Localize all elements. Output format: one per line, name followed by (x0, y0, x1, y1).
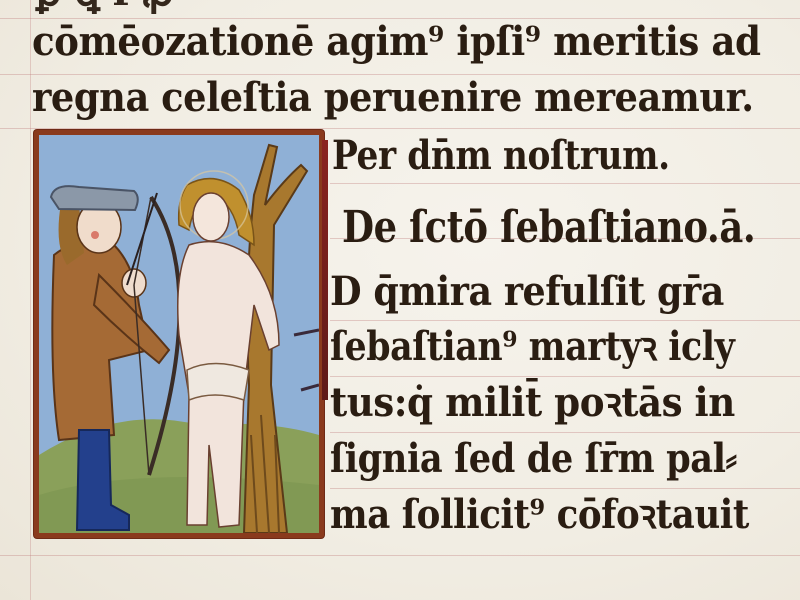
text-line: regna celeſtia peruenire mereamur. (32, 76, 754, 120)
text-line: ma ſollicit⁹ cōfoꝛtauit (330, 493, 749, 537)
ruling-line (330, 320, 800, 321)
manuscript-page: ꝑ ꝗ ſ ꝓ cōmēozationē agim⁹ ipſi⁹ meritis… (0, 0, 800, 600)
saint-sebastian-scene (39, 135, 319, 533)
text-line: ſebaſtian⁹ martyꝛ icly (330, 325, 734, 369)
ruling-line (330, 488, 800, 489)
ruling-line (330, 432, 800, 433)
text-line-cut: ꝑ ꝗ ſ ꝓ (36, 0, 173, 14)
ruling-margin (30, 0, 31, 600)
text-line: tus:q̇ milit̄ poꝛtās in (330, 381, 735, 425)
ruling-line (0, 128, 800, 129)
text-line: ſignia ſed de ſr̄m pal⸗ (330, 437, 737, 481)
ruling-line (330, 376, 800, 377)
ruling-line (330, 183, 800, 184)
text-line: cōmēozationē agim⁹ ipſi⁹ meritis ad (32, 20, 761, 64)
woodcut-illustration (34, 130, 324, 538)
text-line: Per dn̄m noſtrum. (332, 134, 670, 178)
text-line: D q̄mira refulſit gr̄a (330, 270, 724, 314)
section-heading: De ſctō ſebaſtiano.ā. (342, 206, 755, 250)
margin-rubric-bar (322, 140, 328, 400)
ruling-line (0, 555, 800, 556)
